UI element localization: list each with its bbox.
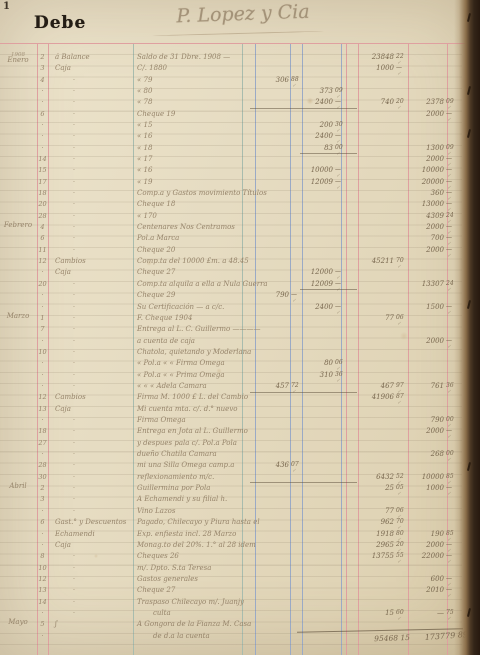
account-name: · [68, 382, 80, 390]
day-value: 4 [36, 76, 49, 84]
entry-description: reflexionamiento m/c. [137, 473, 214, 481]
ledger-row: 6Gast.° y DescuentosPagado, Chilecayo y … [0, 518, 480, 529]
ledger-row: ··« 8037309✓ [0, 87, 480, 98]
month-name: Mayo [8, 618, 28, 626]
day-value: 12 [36, 575, 49, 583]
account-name: Caja [55, 268, 135, 276]
ledger-row: ··« Pol.a « « Prima Omega31036✓ [0, 371, 480, 382]
day-value: · [36, 303, 49, 311]
page-number: 1 [3, 1, 10, 12]
account-name: Caja [55, 541, 135, 549]
entry-description: culta [153, 609, 171, 617]
ledger-row: Abril2·Guillermina por Pola2505✓1000—✓ [0, 484, 480, 495]
debit-heading: Debe [34, 13, 86, 33]
entry-description: « 17 [137, 155, 152, 163]
day-value: 12 [36, 393, 49, 401]
ledger-page: 1 Debe P. Lopez y Cia 1908Enero2á Balanc… [0, 0, 480, 655]
account-name: · [68, 495, 80, 503]
account-name: · [68, 110, 80, 118]
day-value: 6 [36, 234, 49, 242]
account-name: · [68, 427, 80, 435]
account-name: · [68, 76, 80, 84]
day-value: · [36, 382, 49, 390]
entry-description: Firma M. 1000 £ L. del Cambio [137, 393, 248, 401]
month-label: Febrero [1, 223, 35, 229]
day-value: · [36, 121, 49, 129]
day-value: 18 [36, 427, 49, 435]
ledger-row: ··« 1520030✓ [0, 121, 480, 132]
ledger-row: 28·« 170430924✓ [0, 212, 480, 223]
day-value: 30 [36, 473, 49, 481]
day-value: 14 [36, 155, 49, 163]
entry-description: Gastos generales [137, 575, 198, 583]
ledger-row: ··« 782400—✓74020✓237809✓ [0, 98, 480, 109]
ledger-row: 20·Comp.ta alquila a ella a Nula Guerra1… [0, 280, 480, 291]
entry-description: Mi cuenta mta. c/. d.° nuevo [137, 405, 238, 413]
company-title: P. Lopez y Cia [138, 0, 349, 29]
account-name: á Balance [55, 53, 135, 61]
day-value: 4 [36, 223, 49, 231]
entry-description: « 15 [137, 121, 152, 129]
entry-description: Su Certificación — a c/c. [137, 303, 224, 311]
account-name: · [68, 223, 80, 231]
entry-description: Cheque 29 [137, 291, 175, 299]
day-value: 12 [36, 257, 49, 265]
account-name: · [68, 325, 80, 333]
day-value: 20 [36, 200, 49, 208]
day-value: · [36, 268, 49, 276]
entry-description: Entrega en Jota al L. Guillermo [137, 427, 248, 435]
ledger-row: 1908Enero2á BalanceSaldo de 31 Dbre. 190… [0, 53, 480, 64]
ledger-row: 12CambiosFirma M. 1000 £ L. del Cambio41… [0, 393, 480, 404]
month-label: 1908Enero [1, 53, 35, 64]
entry-description: « 78 [137, 98, 152, 106]
header-rule [0, 43, 466, 44]
ledger-row: ··dueño Chatila Camara26800✓ [0, 450, 480, 461]
ledger-row: ··Su Certificación — a c/c.2400—✓1500—✓ [0, 303, 480, 314]
day-value: 6 [36, 518, 49, 526]
entry-description: Firma Omega [137, 416, 186, 424]
ledger-row: Febrero4·Centenares Nos Centramos2000—✓ [0, 223, 480, 234]
entry-description: Cheques 26 [137, 552, 179, 560]
entry-description: « 18 [137, 144, 152, 152]
ledger-row: ··« Pol.a « « Firma Omega8006✓ [0, 359, 480, 370]
day-value: 13 [36, 586, 49, 594]
day-value: 1 [36, 314, 49, 322]
ledger-row: 11·Cheque 202000—✓ [0, 246, 480, 257]
account-name: · [68, 552, 80, 560]
ledger-row: 4·« 7930688✓ [0, 76, 480, 87]
entry-description: « 19 [137, 178, 152, 186]
entry-description: A Gongora de la Fianza M. Casa [137, 620, 251, 628]
day-value: 3 [36, 495, 49, 503]
account-name: · [68, 166, 80, 174]
account-name: · [68, 212, 80, 220]
day-value: 7 [36, 325, 49, 333]
day-value: · [36, 98, 49, 106]
entry-description: « 16 [137, 132, 152, 140]
account-name: · [68, 337, 80, 345]
day-value: 3 [36, 64, 49, 72]
entry-description: Monag.to del 20%. 1.° al 28 idem [137, 541, 256, 549]
entry-description: Comp.ta alquila a ella a Nula Guerra [137, 280, 268, 288]
day-value: 10 [36, 348, 49, 356]
entry-description: Centenares Nos Centramos [137, 223, 235, 231]
day-value: · [36, 144, 49, 152]
ledger-row: 3·A Echamendi y su filial h. [0, 495, 480, 506]
day-value: 8 [36, 552, 49, 560]
ledger-row: 30·reflexionamiento m/c.643252✓1000085✓ [0, 473, 480, 484]
entry-description: Cheque 18 [137, 200, 175, 208]
entry-description: Guillermina por Pola [137, 484, 210, 492]
day-value: 6 [36, 110, 49, 118]
ledger-row: 13CajaMi cuenta mta. c/. d.° nuevo [0, 405, 480, 416]
day-value: 13 [36, 405, 49, 413]
entry-description: Pol.a Marca [137, 234, 179, 242]
ledger-row: 12CambiosComp.ta del 10000 £m. a 48.4545… [0, 257, 480, 268]
ledger-row: ·EchamendiExp. enfiesta incl. 28 Marzo19… [0, 530, 480, 541]
entry-description: « 79 [137, 76, 152, 84]
account-name: · [68, 564, 80, 572]
account-name: · [68, 473, 80, 481]
entry-description: Cheque 20 [137, 246, 175, 254]
account-name: · [68, 314, 80, 322]
ledger-row: ··culta1560✓—75✓ [0, 609, 480, 620]
ledger-row: ·CajaCheque 2712000—✓ [0, 268, 480, 279]
account-name: · [68, 484, 80, 492]
ledger-row: 14·« 172000—✓ [0, 155, 480, 166]
day-value: 2 [36, 484, 49, 492]
ledger-row: 8·Cheques 261375555✓22000—✓ [0, 552, 480, 563]
ledger-row: 20·Cheque 1813000—✓ [0, 200, 480, 211]
day-value: · [36, 359, 49, 367]
ledger-row: ··a cuenta de caja2000—✓ [0, 337, 480, 348]
book-page-edge [454, 0, 480, 655]
day-value: 2 [36, 53, 49, 61]
day-value: · [36, 609, 49, 617]
month-name: Marzo [7, 312, 30, 320]
account-name: · [68, 598, 80, 606]
entry-description: « Pol.a « « Firma Omega [137, 359, 225, 367]
day-value: · [36, 530, 49, 538]
account-name: · [68, 416, 80, 424]
entry-description: Chatola, quietando y Moderlana [137, 348, 251, 356]
account-name: Caja [55, 64, 135, 72]
entry-description: dueño Chatila Camara [137, 450, 217, 458]
account-name: · [68, 359, 80, 367]
day-value: · [36, 541, 49, 549]
entry-description: Exp. enfiesta incl. 28 Marzo [137, 530, 236, 538]
entry-description: Comp.ta del 10000 £m. a 48.45 [137, 257, 249, 265]
entry-description: « 16 [137, 166, 152, 174]
entry-description: Comp.a y Gastos movimiento Títulos [137, 189, 267, 197]
ledger-row: Marzo1·F. Cheque 19047706✓ [0, 314, 480, 325]
day-value: 28 [36, 212, 49, 220]
ledger-row: 12·Gastos generales600—✓ [0, 575, 480, 586]
day-value: · [36, 416, 49, 424]
ledger-row: 10·m/. Dpto. S.ta Teresa [0, 564, 480, 575]
account-name: · [68, 87, 80, 95]
ledger-row: 6·Pol.a Marca700—✓ [0, 234, 480, 245]
title-underline-flourish [152, 31, 324, 37]
entry-description: Cheque 27 [137, 586, 175, 594]
entry-description: Pagado, Chilecayo y Piura hasta el [137, 518, 260, 526]
account-name: · [68, 348, 80, 356]
month-label: Abril [1, 484, 35, 490]
account-name: · [68, 246, 80, 254]
account-name: Caja [55, 405, 135, 413]
entry-description: Saldo de 31 Dbre. 1908 — [137, 53, 230, 61]
ledger-row: 7·Entrega al L. C. Guillermo ———— [0, 325, 480, 336]
day-value: · [36, 371, 49, 379]
ledger-row: ·CajaMonag.to del 20%. 1.° al 28 idem296… [0, 541, 480, 552]
month-name: Febrero [4, 221, 32, 229]
year-label: 1908 [1, 53, 35, 59]
ledger-row: 14·Traspaso Chilecayo m/. Juanjy [0, 598, 480, 609]
account-name: Echamendi [55, 530, 135, 538]
day-value: · [36, 132, 49, 140]
entry-description: Cheque 19 [137, 110, 175, 118]
day-value: · [36, 87, 49, 95]
ledger-row: 13·Cheque 272010—✓ [0, 586, 480, 597]
account-name: · [68, 178, 80, 186]
entry-description: « Pol.a « « Prima Omega [137, 371, 225, 379]
account-name: · [68, 575, 80, 583]
account-name: · [68, 586, 80, 594]
ledger-row: 27·y despues pala c/. Pol.a Pola [0, 439, 480, 450]
day-value: 11 [36, 246, 49, 254]
account-name: · [68, 507, 80, 515]
entry-description: Cheque 27 [137, 268, 175, 276]
entry-description: A Echamendi y su filial h. [137, 495, 227, 503]
ledger-row: ··« 188300✓130009✓ [0, 144, 480, 155]
entry-description: Vino Lazos [137, 507, 175, 515]
day-value: 27 [36, 439, 49, 447]
day-value: · [36, 291, 49, 299]
month-label: Marzo [1, 314, 35, 320]
account-name: · [68, 291, 80, 299]
account-name: · [68, 371, 80, 379]
day-value: · [36, 507, 49, 515]
account-name: · [68, 450, 80, 458]
ledger-row: 18·Comp.a y Gastos movimiento Títulos360… [0, 189, 480, 200]
day-value: 15 [36, 166, 49, 174]
entry-description: de d.a la cuenta [153, 632, 210, 640]
month-name: Abril [9, 482, 26, 490]
ledger-row: ··« « « Adela Camara45772✓46797✓76136✓ [0, 382, 480, 393]
entry-description: Traspaso Chilecayo m/. Juanjy [137, 598, 244, 606]
ledger-row: ··Firma Omega79000✓ [0, 416, 480, 427]
account-name: · [68, 234, 80, 242]
account-name: · [68, 200, 80, 208]
ledger-row: 17·« 1912009—✓20000—✓ [0, 178, 480, 189]
account-name: · [68, 132, 80, 140]
ledger-row: ··Cheque 29790—✓ [0, 291, 480, 302]
day-value: 10 [36, 564, 49, 572]
entry-description: mi una Silla Omega camp.a [137, 461, 234, 469]
entry-description: C/. 1880 [137, 64, 167, 72]
account-name: · [68, 461, 80, 469]
ledger-row: 10·Chatola, quietando y Moderlana [0, 348, 480, 359]
total-col3-value: 95468 15 [374, 633, 410, 643]
entry-description: Entrega al L. C. Guillermo ———— [137, 325, 260, 333]
entry-description: m/. Dpto. S.ta Teresa [137, 564, 211, 572]
ledger-row: 15·« 1610000—✓10000—✓ [0, 166, 480, 177]
day-value: 5 [36, 620, 49, 628]
day-value: 20 [36, 280, 49, 288]
account-name: · [68, 280, 80, 288]
day-value: · [36, 450, 49, 458]
entry-description: y despues pala c/. Pol.a Pola [137, 439, 237, 447]
day-value: · [36, 337, 49, 345]
entry-description: « « « Adela Camara [137, 382, 207, 390]
ledger-row: ··Vino Lazos7706✓ [0, 507, 480, 518]
account-name: Cambios [55, 393, 135, 401]
day-value: · [36, 632, 49, 640]
account-name: ʃ [55, 620, 135, 628]
account-name: · [68, 303, 80, 311]
day-value: 17 [36, 178, 49, 186]
account-name: · [68, 439, 80, 447]
account-name: Cambios [55, 257, 135, 265]
ledger-row: ··« 162400—✓ [0, 132, 480, 143]
day-value: 28 [36, 461, 49, 469]
entry-description: « 170 [137, 212, 157, 220]
month-label: Mayo [1, 620, 35, 626]
account-name: · [68, 609, 80, 617]
account-name: · [68, 121, 80, 129]
account-name: · [68, 189, 80, 197]
account-name: · [68, 98, 80, 106]
ledger-row: 18·Entrega en Jota al L. Guillermo2000—✓ [0, 427, 480, 438]
entry-description: F. Cheque 1904 [137, 314, 192, 322]
account-name: · [68, 144, 80, 152]
entry-description: « 80 [137, 87, 152, 95]
day-value: 14 [36, 598, 49, 606]
day-value: 18 [36, 189, 49, 197]
account-name: · [68, 155, 80, 163]
ledger-row: 28·mi una Silla Omega camp.a43607✓ [0, 461, 480, 472]
account-name: Gast.° y Descuentos [55, 518, 135, 526]
entry-description: a cuenta de caja [137, 337, 195, 345]
ledger-row: 6·Cheque 192000—✓ [0, 110, 480, 121]
ledger-row: 3CajaC/. 18801000—✓ [0, 64, 480, 75]
